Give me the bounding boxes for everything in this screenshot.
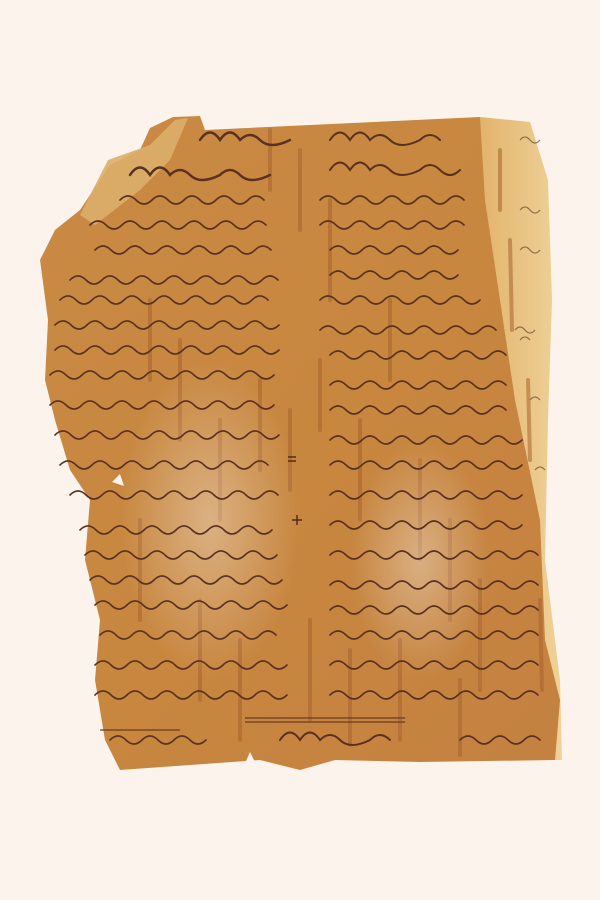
photo-scene: [0, 0, 600, 900]
manuscript-fragment: [0, 0, 600, 900]
